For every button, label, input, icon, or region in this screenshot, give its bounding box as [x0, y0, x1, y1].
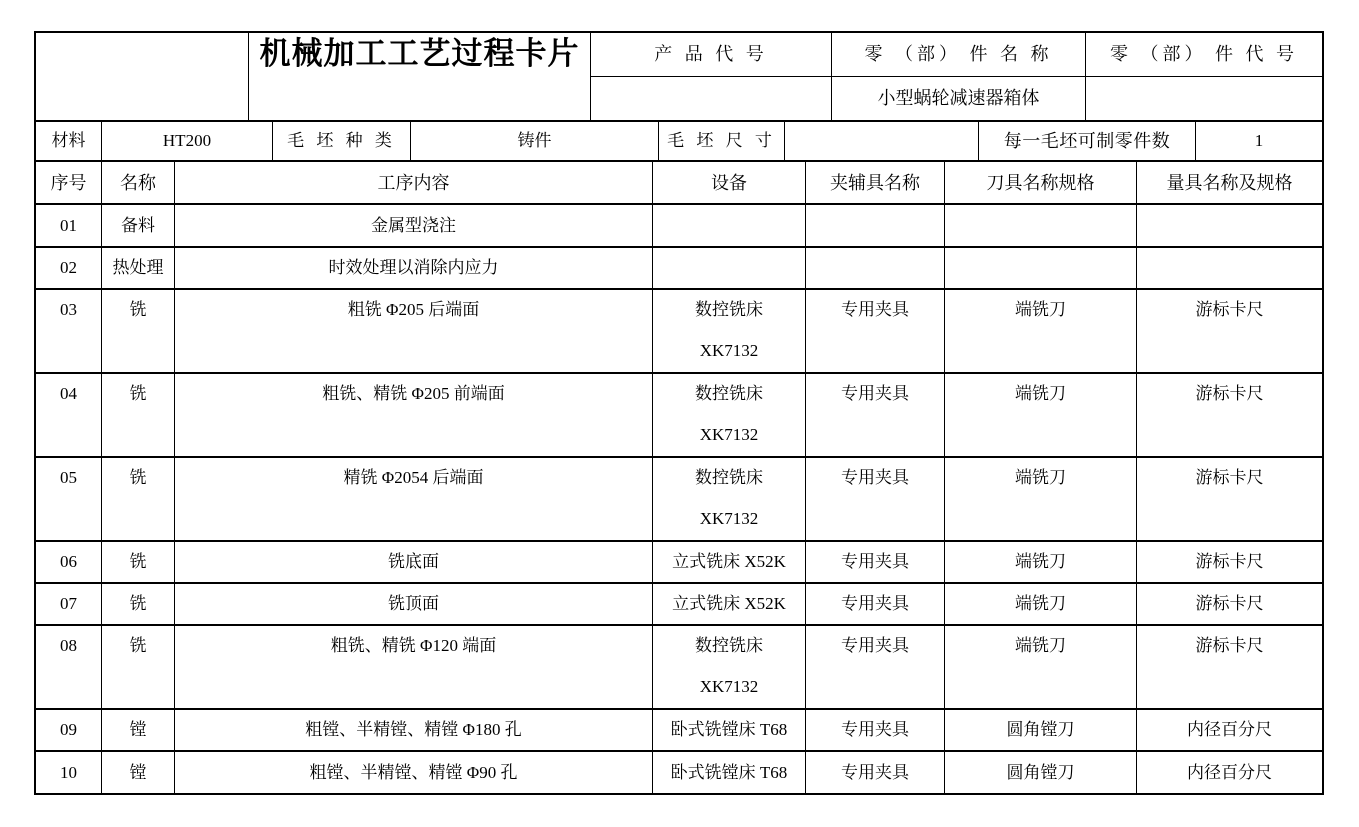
- cell-gauge: 游标卡尺: [1137, 458, 1322, 540]
- cell-tool: 端铣刀: [945, 290, 1137, 372]
- cell-content: 铣顶面: [175, 584, 653, 624]
- top-value-row: 小型蜗轮减速器箱体: [591, 77, 1322, 120]
- cell-name: 镗: [102, 752, 175, 793]
- cell-equipment: 数控铣床 XK7132: [653, 458, 806, 540]
- col-header-fixture: 夹辅具名称: [806, 162, 945, 203]
- equipment-name: 数控铣床: [695, 383, 763, 405]
- cell-tool: 端铣刀: [945, 374, 1137, 456]
- cell-gauge: [1137, 248, 1322, 288]
- col-header-equipment: 设备: [653, 162, 806, 203]
- cell-gauge: 内径百分尺: [1137, 710, 1322, 750]
- process-row-06: 06 铣 铣底面 立式铣床 X52K 专用夹具 端铣刀 游标卡尺: [36, 542, 1322, 584]
- material-label: 材料: [36, 122, 102, 160]
- process-row-07: 07 铣 铣顶面 立式铣床 X52K 专用夹具 端铣刀 游标卡尺: [36, 584, 1322, 626]
- blank-info-row: 材料 HT200 毛 坯 种 类 铸件 毛 坯 尺 寸 每一毛坯可制零件数 1: [36, 122, 1322, 162]
- col-header-content: 工序内容: [175, 162, 653, 203]
- cell-name: 铣: [102, 290, 175, 372]
- equipment-model: XK7132: [700, 340, 759, 362]
- col-header-gauge: 量具名称及规格: [1137, 162, 1322, 203]
- process-card-sheet: 机械加工工艺过程卡片 产 品 代 号 零 （部） 件 名 称 零 （部） 件 代…: [34, 31, 1324, 795]
- cell-seq: 07: [36, 584, 102, 624]
- equipment-name: 数控铣床: [695, 299, 763, 321]
- cell-tool: 端铣刀: [945, 542, 1137, 582]
- cell-name: 备料: [102, 205, 175, 246]
- part-code-value: [1086, 77, 1322, 120]
- material-value: HT200: [102, 122, 273, 160]
- cell-gauge: 游标卡尺: [1137, 374, 1322, 456]
- parts-per-blank-value: 1: [1196, 122, 1322, 160]
- cell-gauge: 内径百分尺: [1137, 752, 1322, 793]
- part-code-label: 零 （部） 件 代 号: [1086, 33, 1322, 76]
- part-name-label: 零 （部） 件 名 称: [832, 33, 1086, 76]
- col-header-tool: 刀具名称规格: [945, 162, 1137, 203]
- cell-fixture: 专用夹具: [806, 458, 945, 540]
- process-row-09: 09 镗 粗镗、半精镗、精镗 Φ180 孔 卧式铣镗床 T68 专用夹具 圆角镗…: [36, 710, 1322, 752]
- cell-tool: 圆角镗刀: [945, 710, 1137, 750]
- equipment-model: XK7132: [700, 424, 759, 446]
- cell-seq: 03: [36, 290, 102, 372]
- cell-equipment: 立式铣床 X52K: [653, 584, 806, 624]
- product-code-label: 产 品 代 号: [591, 33, 832, 76]
- process-row-01: 01 备料 金属型浇注: [36, 205, 1322, 248]
- cell-name: 铣: [102, 374, 175, 456]
- blank-type-label: 毛 坯 种 类: [273, 122, 411, 160]
- cell-content: 精铣 Φ2054 后端面: [175, 458, 653, 540]
- cell-gauge: 游标卡尺: [1137, 626, 1322, 708]
- equipment-model: XK7132: [700, 676, 759, 698]
- cell-equipment: 卧式铣镗床 T68: [653, 752, 806, 793]
- cell-seq: 02: [36, 248, 102, 288]
- cell-seq: 10: [36, 752, 102, 793]
- cell-fixture: [806, 205, 945, 246]
- cell-fixture: [806, 248, 945, 288]
- process-row-03: 03 铣 粗铣 Φ205 后端面 数控铣床 XK7132 专用夹具 端铣刀 游标…: [36, 290, 1322, 374]
- equipment-name: 数控铣床: [695, 467, 763, 489]
- cell-equipment: [653, 248, 806, 288]
- blank-size-label: 毛 坯 尺 寸: [659, 122, 785, 160]
- cell-name: 铣: [102, 542, 175, 582]
- process-row-10: 10 镗 粗镗、半精镗、精镗 Φ90 孔 卧式铣镗床 T68 专用夹具 圆角镗刀…: [36, 752, 1322, 793]
- cell-seq: 05: [36, 458, 102, 540]
- cell-fixture: 专用夹具: [806, 290, 945, 372]
- product-code-value: [591, 77, 832, 120]
- cell-equipment: [653, 205, 806, 246]
- cell-content: 粗铣、精铣 Φ120 端面: [175, 626, 653, 708]
- cell-tool: 圆角镗刀: [945, 752, 1137, 793]
- top-header-section: 机械加工工艺过程卡片 产 品 代 号 零 （部） 件 名 称 零 （部） 件 代…: [36, 33, 1322, 122]
- blank-size-value: [785, 122, 979, 160]
- cell-content: 金属型浇注: [175, 205, 653, 246]
- table-header-row: 序号 名称 工序内容 设备 夹辅具名称 刀具名称规格 量具名称及规格: [36, 162, 1322, 205]
- cell-content: 粗镗、半精镗、精镗 Φ180 孔: [175, 710, 653, 750]
- blank-type-value: 铸件: [411, 122, 659, 160]
- cell-name: 热处理: [102, 248, 175, 288]
- cell-tool: 端铣刀: [945, 584, 1137, 624]
- cell-equipment: 数控铣床 XK7132: [653, 290, 806, 372]
- process-row-04: 04 铣 粗铣、精铣 Φ205 前端面 数控铣床 XK7132 专用夹具 端铣刀…: [36, 374, 1322, 458]
- process-row-08: 08 铣 粗铣、精铣 Φ120 端面 数控铣床 XK7132 专用夹具 端铣刀 …: [36, 626, 1322, 710]
- cell-tool: [945, 248, 1137, 288]
- cell-tool: 端铣刀: [945, 626, 1137, 708]
- cell-gauge: [1137, 205, 1322, 246]
- page: { "document": { "title": "机械加工工艺过程卡片", "…: [0, 0, 1359, 827]
- process-row-05: 05 铣 精铣 Φ2054 后端面 数控铣床 XK7132 专用夹具 端铣刀 游…: [36, 458, 1322, 542]
- cell-content: 时效处理以消除内应力: [175, 248, 653, 288]
- cell-tool: 端铣刀: [945, 458, 1137, 540]
- cell-fixture: 专用夹具: [806, 584, 945, 624]
- cell-gauge: 游标卡尺: [1137, 290, 1322, 372]
- cell-content: 粗铣 Φ205 后端面: [175, 290, 653, 372]
- process-row-02: 02 热处理 时效处理以消除内应力: [36, 248, 1322, 290]
- cell-fixture: 专用夹具: [806, 752, 945, 793]
- col-header-name: 名称: [102, 162, 175, 203]
- top-label-row: 产 品 代 号 零 （部） 件 名 称 零 （部） 件 代 号: [591, 33, 1322, 77]
- cell-equipment: 立式铣床 X52K: [653, 542, 806, 582]
- cell-gauge: 游标卡尺: [1137, 542, 1322, 582]
- cell-seq: 08: [36, 626, 102, 708]
- col-header-seq: 序号: [36, 162, 102, 203]
- equipment-model: XK7132: [700, 508, 759, 530]
- cell-fixture: 专用夹具: [806, 374, 945, 456]
- cell-content: 粗铣、精铣 Φ205 前端面: [175, 374, 653, 456]
- cell-gauge: 游标卡尺: [1137, 584, 1322, 624]
- cell-fixture: 专用夹具: [806, 626, 945, 708]
- cell-content: 铣底面: [175, 542, 653, 582]
- page-title: 机械加工工艺过程卡片: [249, 33, 591, 120]
- cell-name: 铣: [102, 626, 175, 708]
- corner-empty-cell: [36, 33, 249, 120]
- cell-content: 粗镗、半精镗、精镗 Φ90 孔: [175, 752, 653, 793]
- cell-tool: [945, 205, 1137, 246]
- cell-seq: 09: [36, 710, 102, 750]
- cell-fixture: 专用夹具: [806, 710, 945, 750]
- part-name-value: 小型蜗轮减速器箱体: [832, 77, 1086, 120]
- cell-equipment: 数控铣床 XK7132: [653, 626, 806, 708]
- equipment-name: 数控铣床: [695, 635, 763, 657]
- cell-seq: 06: [36, 542, 102, 582]
- cell-name: 镗: [102, 710, 175, 750]
- cell-equipment: 数控铣床 XK7132: [653, 374, 806, 456]
- cell-fixture: 专用夹具: [806, 542, 945, 582]
- cell-name: 铣: [102, 458, 175, 540]
- top-right-grid: 产 品 代 号 零 （部） 件 名 称 零 （部） 件 代 号 小型蜗轮减速器箱…: [591, 33, 1322, 120]
- cell-seq: 01: [36, 205, 102, 246]
- cell-equipment: 卧式铣镗床 T68: [653, 710, 806, 750]
- cell-name: 铣: [102, 584, 175, 624]
- cell-seq: 04: [36, 374, 102, 456]
- parts-per-blank-label: 每一毛坯可制零件数: [979, 122, 1196, 160]
